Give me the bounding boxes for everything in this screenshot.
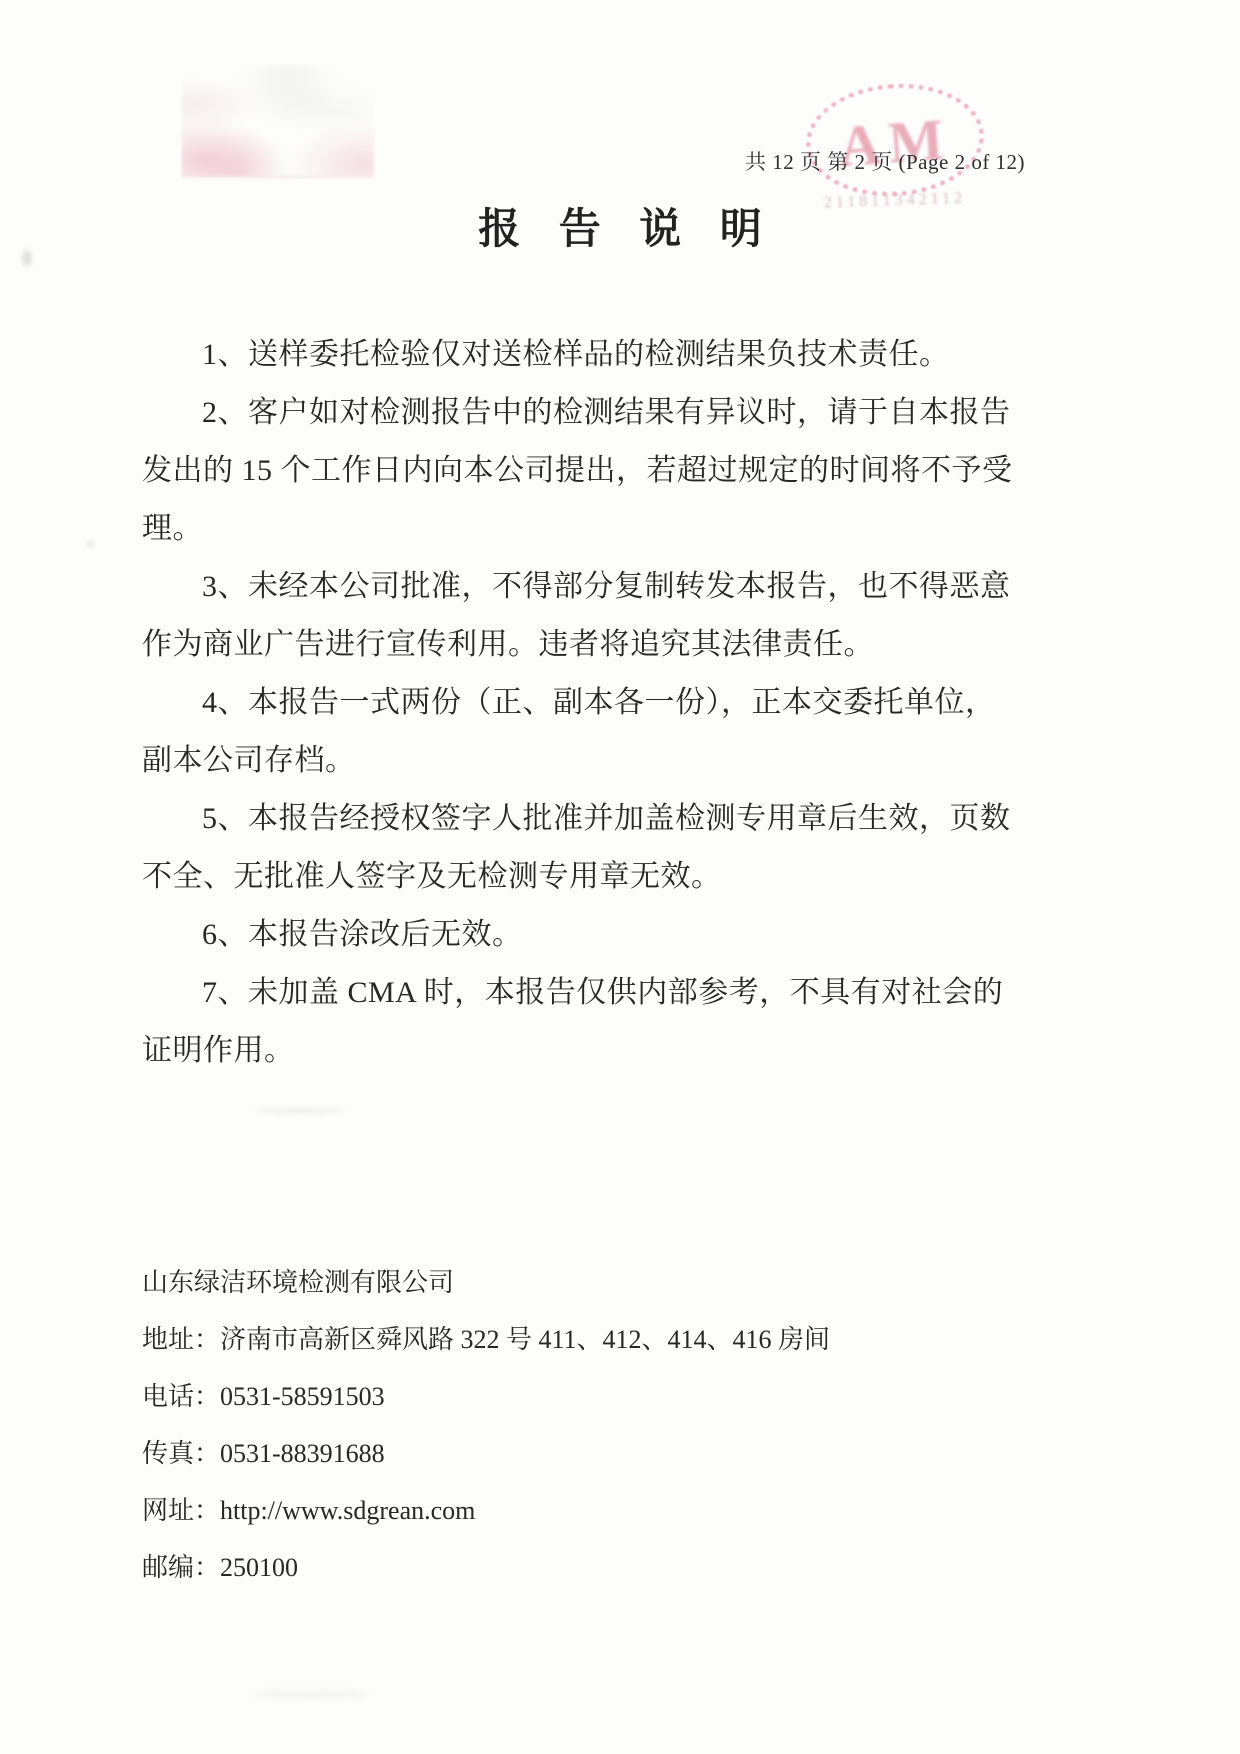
note-line: 发出的 15 个工作日内向本公司提出，若超过规定的时间将不予受	[142, 442, 1102, 500]
scan-artifact	[22, 250, 32, 266]
note-line: 证明作用。	[142, 1022, 1102, 1080]
company-website: 网址：http://www.sdgrean.com	[142, 1482, 1122, 1539]
note-line: 作为商业广告进行宣传利用。违者将追究其法律责任。	[142, 616, 1102, 674]
note-line: 1、送样委托检验仅对送检样品的检测结果负技术责任。	[142, 326, 1102, 384]
red-oval-stamp: AM	[802, 78, 987, 202]
note-line: 6、本报告涂改后无效。	[142, 906, 1102, 964]
faded-rect-stamp	[182, 66, 374, 178]
company-phone: 电话：0531-58591503	[142, 1368, 1122, 1425]
scan-artifact	[255, 1108, 345, 1114]
company-name: 山东绿洁环境检测有限公司	[142, 1254, 1122, 1311]
page-number-text: 共 12 页 第 2 页 (Page 2 of 12)	[745, 146, 1025, 176]
scan-artifact	[250, 1690, 370, 1698]
report-page: AM 211811342112 共 12 页 第 2 页 (Page 2 of …	[0, 0, 1240, 1754]
note-line: 不全、无批准人签字及无检测专用章无效。	[142, 848, 1102, 906]
company-info: 山东绿洁环境检测有限公司 地址：济南市高新区舜风路 322 号 411、412、…	[142, 1254, 1122, 1596]
note-line: 5、本报告经授权签字人批准并加盖检测专用章后生效，页数	[142, 790, 1102, 848]
report-notes: 1、送样委托检验仅对送检样品的检测结果负技术责任。 2、客户如对检测报告中的检测…	[142, 326, 1102, 1080]
company-postcode: 邮编：250100	[142, 1539, 1122, 1596]
note-line: 2、客户如对检测报告中的检测结果有异议时，请于自本报告	[142, 384, 1102, 442]
note-line: 3、未经本公司批准，不得部分复制转发本报告，也不得恶意	[142, 558, 1102, 616]
note-line: 4、本报告一式两份（正、副本各一份），正本交委托单位，	[142, 674, 1102, 732]
company-address: 地址：济南市高新区舜风路 322 号 411、412、414、416 房间	[142, 1311, 1122, 1368]
note-line: 理。	[142, 500, 1102, 558]
note-line: 7、未加盖 CMA 时，本报告仅供内部参考，不具有对社会的	[142, 964, 1102, 1022]
company-fax: 传真：0531-88391688	[142, 1425, 1122, 1482]
page-title: 报 告 说 明	[0, 196, 1240, 256]
note-line: 副本公司存档。	[142, 732, 1102, 790]
scan-artifact	[86, 540, 94, 548]
